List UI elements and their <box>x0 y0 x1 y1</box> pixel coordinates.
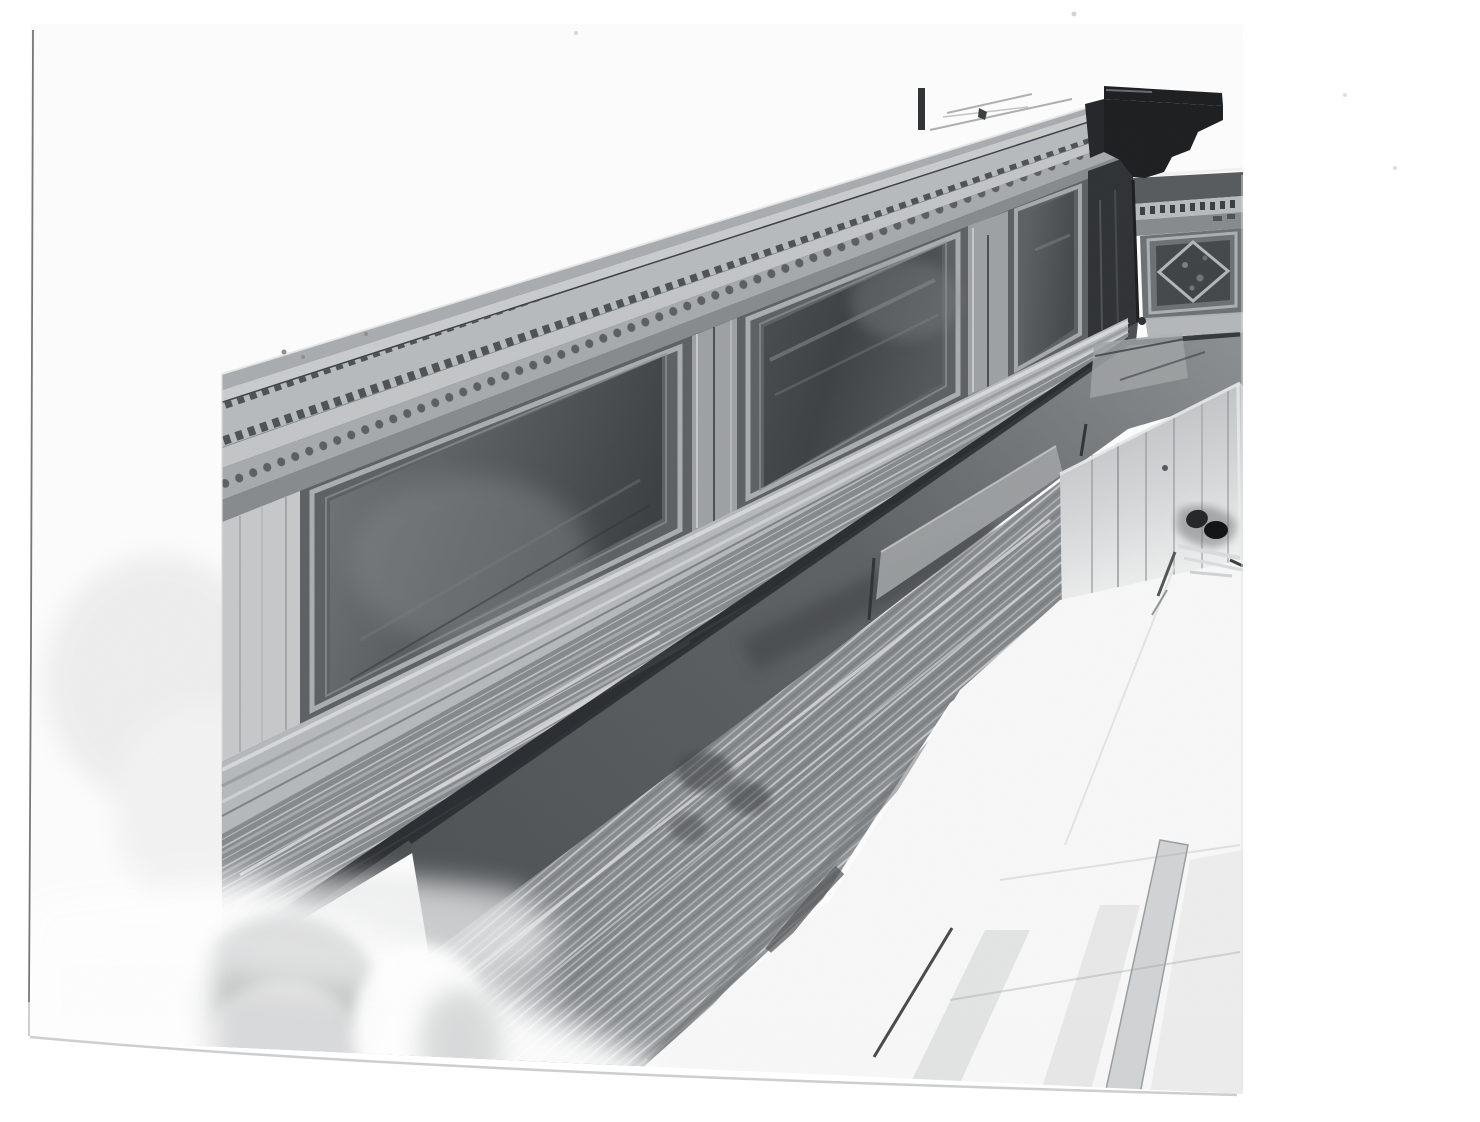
scanned-photo-page <box>0 0 1480 1122</box>
dust-speck-2 <box>1393 166 1397 170</box>
dust-speck-1 <box>1072 12 1077 17</box>
film-grain <box>30 24 1243 1094</box>
photo-print <box>30 24 1243 1122</box>
dust-speck-in <box>574 31 578 35</box>
dust-speck-3 <box>1343 93 1347 97</box>
photograph <box>0 0 1480 1122</box>
